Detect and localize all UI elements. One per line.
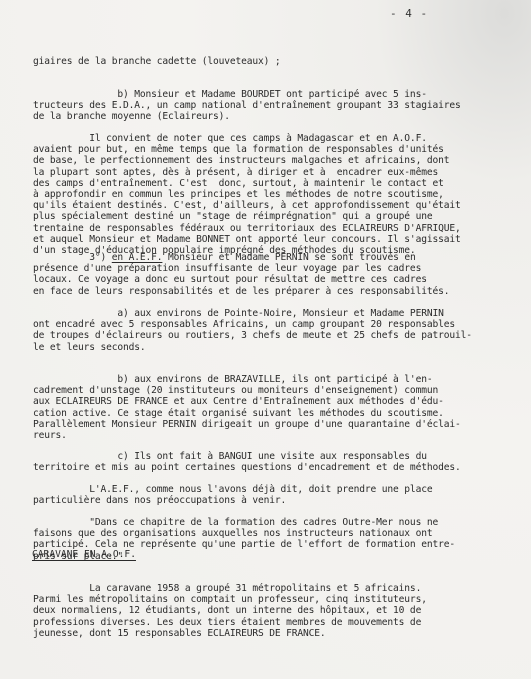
text-line: cation active. Ce stage était organisé s… xyxy=(33,408,444,419)
text-line: jeunesse, dont 15 responsables ECLAIREUR… xyxy=(33,628,326,639)
text-line: particulière dans nos préoccupations à v… xyxy=(33,495,286,506)
text-line: aux ECLAIREURS DE FRANCE et aux Centre d… xyxy=(33,396,444,407)
underlined-region-label: en A.E.F. xyxy=(112,252,163,263)
text-line: présence d'une préparation insuffisante … xyxy=(33,263,421,274)
text-line: des camps d'entraînement. C'est donc, su… xyxy=(33,178,444,189)
page-number: - 4 - xyxy=(390,7,428,20)
text-line: c) Ils ont fait à BANGUI une visite aux … xyxy=(33,451,427,462)
section-heading-caravane: CARAVANE EN A.O.F. xyxy=(32,549,136,560)
text-line: la plupart sont aptes, dès à présent, à … xyxy=(33,167,438,178)
text-line: b) Monsieur et Madame BOURDET ont partic… xyxy=(33,89,427,100)
text-line: professions diverses. Les deux tiers éta… xyxy=(33,617,421,628)
text-line: "Dans ce chapitre de la formation des ca… xyxy=(33,517,438,528)
text-line: le et leurs seconds. xyxy=(33,342,146,353)
text-line: de troupes d'éclaireurs ou routiers, 3 c… xyxy=(33,330,472,341)
text-line: cadrement d'unstage (20 instituteurs ou … xyxy=(33,385,438,396)
text-line: reurs. xyxy=(33,430,67,441)
text-line: à approfondir en commun les principes et… xyxy=(33,189,444,200)
text-line: trentaine de responsables fédéraux ou te… xyxy=(33,223,461,234)
text-line: territoire et mis au point certaines que… xyxy=(33,462,461,473)
text-line: La caravane 1958 a groupé 31 métropolita… xyxy=(33,583,421,594)
text-line: tructeurs des E.D.A., un camp national d… xyxy=(33,100,461,111)
text-line: ont encadré avec 5 responsables Africain… xyxy=(33,319,455,330)
text-line: de la branche moyenne (Eclaireurs). xyxy=(33,111,230,122)
document-page: - 4 - giaires de la branche cadette (lou… xyxy=(0,0,531,679)
text-line: Parallèlement Monsieur PERNIN dirigeait … xyxy=(33,419,461,430)
text-line: locaux. Ce voyage a donc eu surtout pour… xyxy=(33,274,427,285)
text-line: Parmi les métropolitains on comptait un … xyxy=(33,594,427,605)
text-line: de base, le perfectionnement des instruc… xyxy=(33,155,449,166)
text-line: L'A.E.F., comme nous l'avons déjà dit, d… xyxy=(33,484,432,495)
text-line: qu'ils étaient destinés. C'est, d'ailleu… xyxy=(33,200,461,211)
text-line: b) aux environs de BRAZAVILLE, ils ont p… xyxy=(33,374,432,385)
text-line: faisons que des organisations auxquelles… xyxy=(33,528,432,539)
text-line: deux normaliens, 12 étudiants, dont un i… xyxy=(33,605,421,616)
text-line: avaient pour but, en même temps que la f… xyxy=(33,144,444,155)
text-line: plus spécialement destiné un "stage de r… xyxy=(33,211,432,222)
text-line: a) aux environs de Pointe-Noire, Monsieu… xyxy=(33,308,444,319)
text-line: en face de leurs responsabilités et de l… xyxy=(33,286,449,297)
text-line: giaires de la branche cadette (louveteau… xyxy=(33,56,281,67)
text-line: 3°) en A.E.F. Monsieur et Madame PERNIN … xyxy=(33,252,416,263)
text-line: Il convient de noter que ces camps à Mad… xyxy=(33,133,427,144)
text-line: et auquel Monsieur et Madame BONNET ont … xyxy=(33,234,461,245)
